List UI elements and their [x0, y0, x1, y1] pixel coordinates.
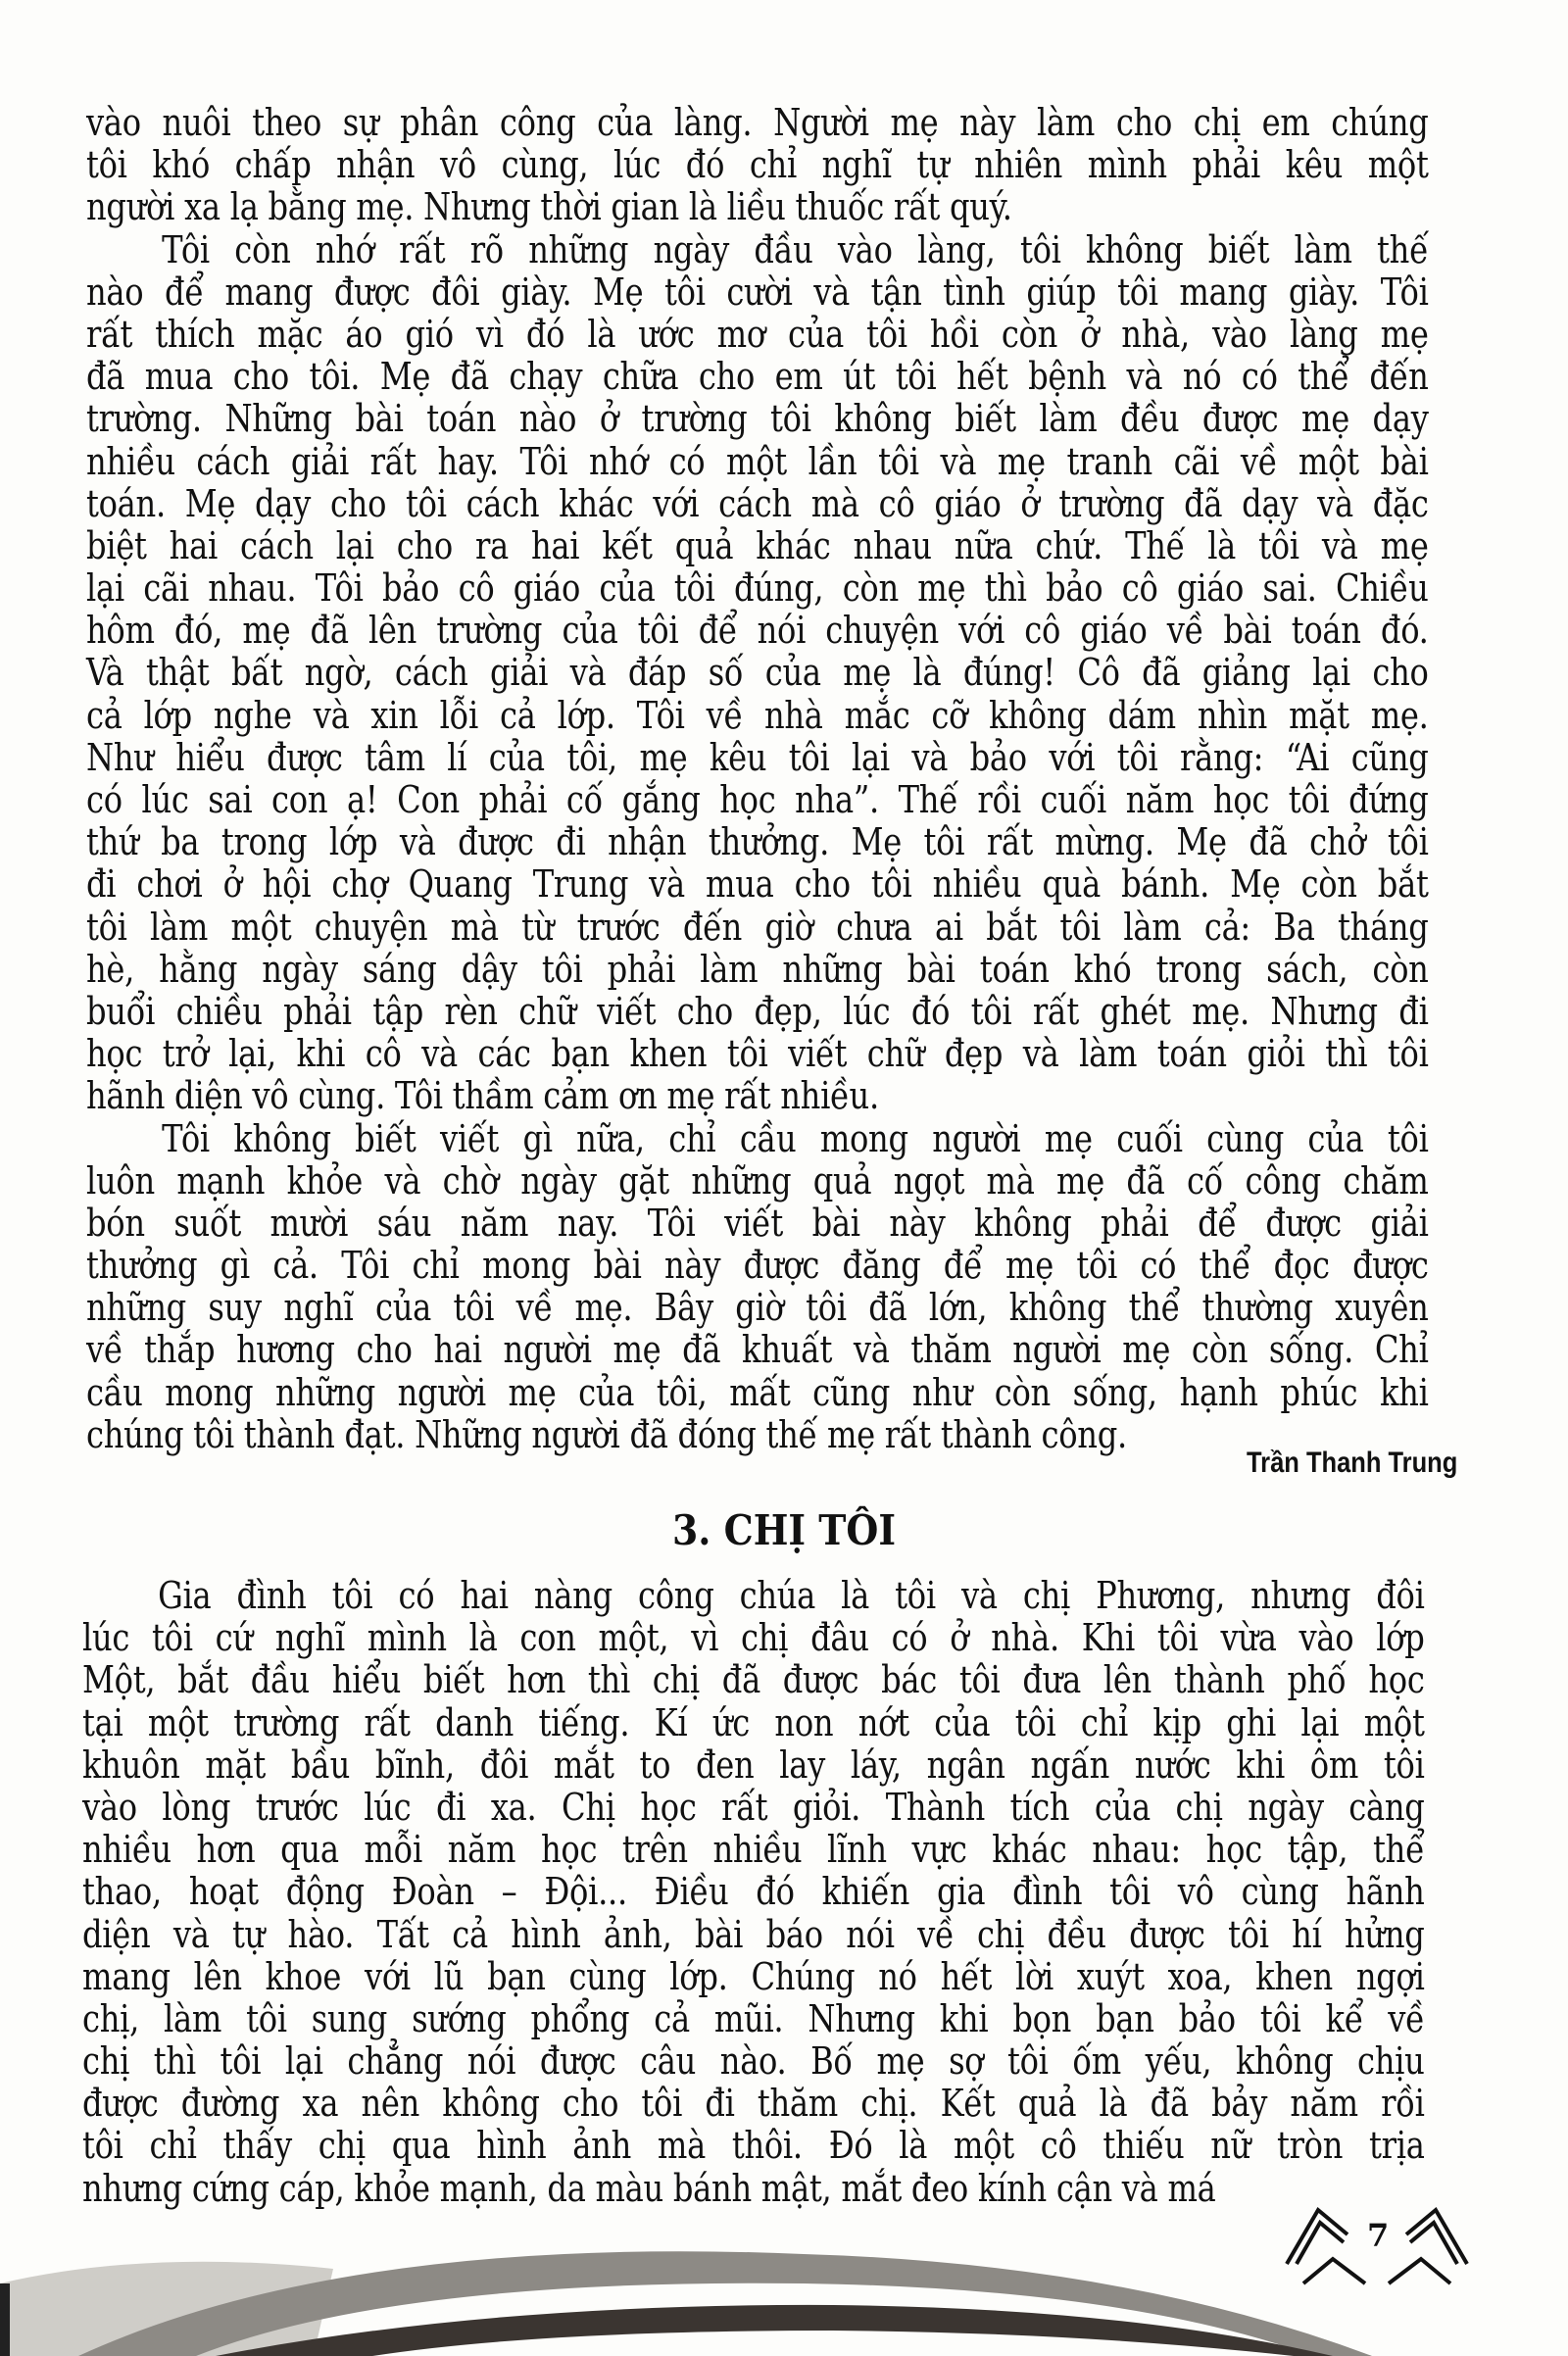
text-line: tôi chỉ thấy chị qua hình ảnh mà thôi. Đ… [82, 2125, 1425, 2167]
text-line: mang lên khoe với lũ bạn cùng lớp. Chúng… [82, 1956, 1425, 1998]
text-line: đã mua cho tôi. Mẹ đã chạy chữa cho em ú… [86, 356, 1429, 398]
text-line: lúc tôi cứ nghĩ mình là con một, vì chị … [82, 1617, 1425, 1659]
text-line: những suy nghĩ của tôi về mẹ. Bây giờ tô… [86, 1287, 1429, 1329]
page-number: 7 [1367, 2217, 1389, 2254]
text-line: diện và tự hào. Tất cả hình ảnh, bài báo… [82, 1914, 1425, 1956]
text-line: Tôi không biết viết gì nữa, chỉ cầu mong… [86, 1118, 1429, 1160]
text-line: cả lớp nghe và xin lỗi cả lớp. Tôi về nh… [86, 695, 1429, 737]
author-signature: Trần Thanh Trung [1247, 1447, 1457, 1480]
text-line: đi chơi ở hội chợ Quang Trung và mua cho… [86, 863, 1429, 906]
text-line: có lúc sai con ạ! Con phải cố gắng học n… [86, 779, 1429, 821]
text-line: tại một trường rất danh tiếng. Kí ức non… [82, 1702, 1425, 1744]
text-line: trường. Những bài toán nào ở trường tôi … [86, 398, 1429, 440]
text-line: vào lòng trước lúc đi xa. Chị học rất gi… [82, 1787, 1425, 1829]
section-title: 3. CHỊ TÔI [78, 1506, 1490, 1554]
text-line: người xa lạ bằng mẹ. Nhưng thời gian là … [86, 186, 1429, 228]
text-line: chị, làm tôi sung sướng phổng cả mũi. Nh… [82, 1998, 1425, 2040]
text-line: được đường xa nên không cho tôi đi thăm … [82, 2083, 1425, 2125]
text-line: biệt hai cách lại cho ra hai kết quả khá… [86, 525, 1429, 567]
text-line: Một, bắt đầu hiểu biết hơn thì chị đã đư… [82, 1659, 1425, 1701]
text-line: Như hiểu được tâm lí của tôi, mẹ kêu tôi… [86, 737, 1429, 779]
text-line: chúng tôi thành đạt. Những người đã đóng… [86, 1414, 1429, 1456]
text-line: vào nuôi theo sự phân công của làng. Ngư… [86, 102, 1429, 144]
text-line: Tôi còn nhớ rất rõ những ngày đầu vào là… [86, 229, 1429, 271]
text-line: Và thật bất ngờ, cách giải và đáp số của… [86, 652, 1429, 694]
text-line: nhiều cách giải rất hay. Tôi nhớ có một … [86, 441, 1429, 483]
text-line: toán. Mẹ dạy cho tôi cách khác với cách … [86, 483, 1429, 525]
text-line: tôi khó chấp nhận vô cùng, lúc đó chỉ ng… [86, 144, 1429, 186]
text-line: rất thích mặc áo gió vì đó là ước mơ của… [86, 314, 1429, 356]
text-line: thưởng gì cả. Tôi chỉ mong bài này được … [86, 1245, 1429, 1287]
text-line: nhiều hơn qua mỗi năm học trên nhiều lĩn… [82, 1829, 1425, 1871]
text-line: chị thì tôi lại chẳng nói được câu nào. … [82, 2040, 1425, 2083]
text-line: hãnh diện vô cùng. Tôi thầm cảm ơn mẹ rấ… [86, 1075, 1429, 1117]
text-line: hôm đó, mẹ đã lên trường của tôi để nói … [86, 610, 1429, 652]
text-line: về thắp hương cho hai người mẹ đã khuất … [86, 1329, 1429, 1371]
text-line: buổi chiều phải tập rèn chữ viết cho đẹp… [86, 991, 1429, 1033]
text-line: nhưng cứng cáp, khỏe mạnh, da màu bánh m… [82, 2168, 1425, 2210]
section-body: Gia đình tôi có hai nàng công chúa là tô… [82, 1575, 1425, 2210]
text-line: thứ ba trong lớp và được đi nhận thưởng.… [86, 821, 1429, 863]
text-line: khuôn mặt bầu bĩnh, đôi mắt to đen lay l… [82, 1744, 1425, 1787]
text-line: luôn mạnh khỏe và chờ ngày gặt những quả… [86, 1160, 1429, 1203]
text-line: tôi làm một chuyện mà từ trước đến giờ c… [86, 907, 1429, 949]
text-line: lại cãi nhau. Tôi bảo cô giáo của tôi đú… [86, 567, 1429, 610]
article-body: vào nuôi theo sự phân công của làng. Ngư… [86, 102, 1429, 1456]
text-line: bón suốt mười sáu năm nay. Tôi viết bài … [86, 1203, 1429, 1245]
text-line: học trở lại, khi cô và các bạn khen tôi … [86, 1033, 1429, 1075]
text-line: Gia đình tôi có hai nàng công chúa là tô… [82, 1575, 1425, 1617]
text-line: nào để mang được đôi giày. Mẹ tôi cười v… [86, 271, 1429, 314]
text-line: hè, hằng ngày sáng dậy tôi phải làm nhữn… [86, 949, 1429, 991]
text-line: thao, hoạt động Đoàn – Đội... Điều đó kh… [82, 1871, 1425, 1913]
text-line: cầu mong những người mẹ của tôi, mất cũn… [86, 1372, 1429, 1414]
